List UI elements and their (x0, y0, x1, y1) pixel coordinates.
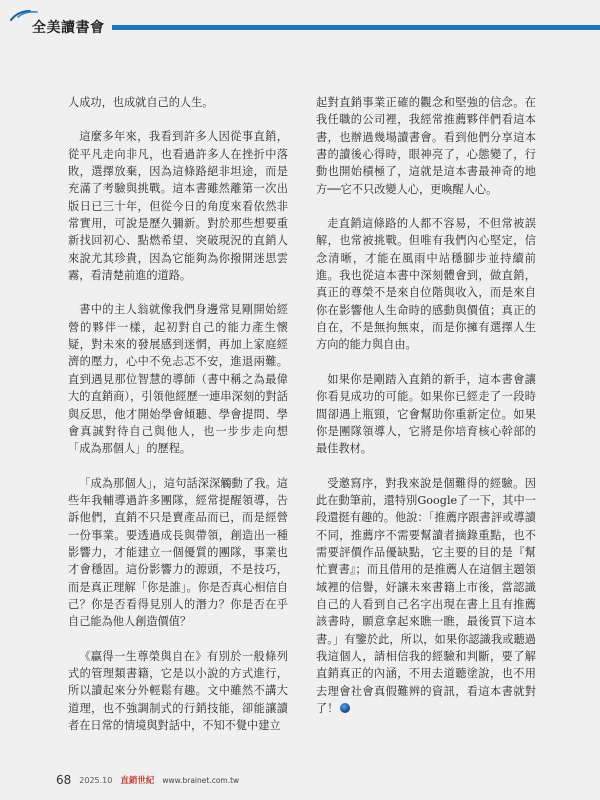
paragraph: 人成功，也成就自己的人生。 (68, 94, 288, 111)
closing-paragraph: 受邀寫序，對我來說是個難得的經驗。因此在動筆前，還特別Google了一下，其中一… (316, 475, 536, 718)
issue-date: 2025.10 (79, 776, 112, 785)
magazine-brand: 直銷世紀 (120, 774, 154, 786)
paragraph: 「成為那個人」，這句話深深觸動了我。這些年我輔導過許多團隊，經常提醒領導，告訴他… (68, 475, 288, 631)
paragraph-text: 受邀寫序，對我來說是個難得的經驗。因此在動筆前，還特別Google了一下，其中一… (316, 477, 536, 715)
page-footer: 68 2025.10 直銷世紀 www.brainet.com.tw (56, 770, 239, 790)
section-title: 全美讀書會 (32, 17, 105, 37)
right-column: 起對直銷事業正確的觀念和堅強的信念。在我任職的公司裡，我經常推薦夥伴們看這本書，… (316, 94, 536, 734)
paragraph: 這麼多年來，我看到許多人因從事直銷，從平凡走向非凡，也看過許多人在挫折中落敗，選… (68, 128, 288, 284)
paragraph: 如果你是剛踏入直銷的新手，這本書會讓你看見成功的可能。如果你已經走了一段時間卻遇… (316, 371, 536, 458)
paragraph: 起對直銷事業正確的觀念和堅強的信念。在我任職的公司裡，我經常推薦夥伴們看這本書，… (316, 94, 536, 198)
page-header: 全美讀書會 (0, 0, 600, 40)
paragraph: 走直銷這條路的人都不容易，不但常被誤解，也常被挑戰。但唯有我們內心堅定，信念清晰… (316, 215, 536, 354)
paragraph: 《贏得一生尊榮與自在》有別於一般條列式的管理類書籍，它是以小說的方式進行，所以讀… (68, 648, 288, 735)
header-rule (112, 25, 600, 30)
page-number: 68 (56, 773, 71, 787)
website-url: www.brainet.com.tw (162, 776, 239, 785)
left-column: 人成功，也成就自己的人生。 這麼多年來，我看到許多人因從事直銷，從平凡走向非凡，… (68, 94, 288, 751)
end-mark-icon (340, 703, 350, 713)
paragraph: 書中的主人翁就像我們身邊常見剛開始經營的夥伴一樣，起初對自己的能力產生懷疑，對未… (68, 301, 288, 457)
